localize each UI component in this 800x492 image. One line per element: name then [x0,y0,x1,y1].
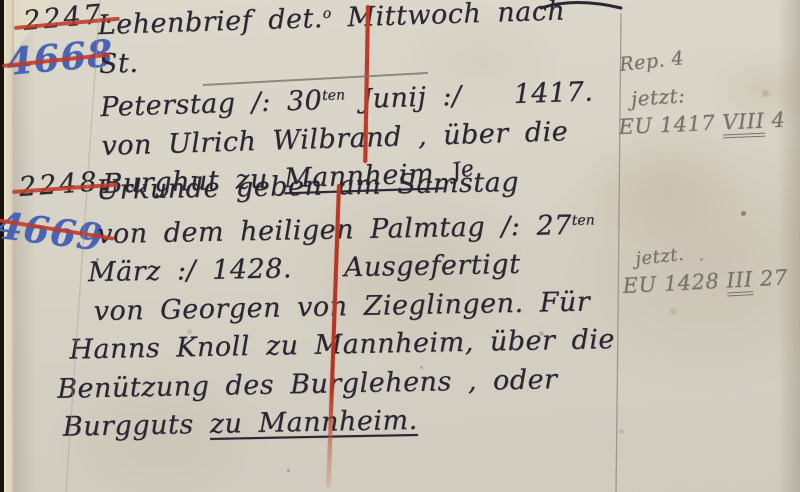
handwritten-text-segment: EU 1428 [622,269,727,298]
handwritten-text-segment: Lehenbrief det. [97,3,323,41]
handwritten-text-segment: EU 1417 [618,110,723,139]
handwritten-text-segment: ten [572,212,595,228]
entry2-handwritten-text: Urkunde geben am Samstagvon dem heiligen… [96,162,621,447]
handwritten-text-segment: Hanns Knoll zu Mannheim, über die [69,324,615,365]
register-page-scan: 2247. 4668 Lehenbrief det.o Mittwoch nac… [0,0,800,492]
handwritten-text-segment: ten [322,87,345,104]
handwritten-text-segment: Ausgefertigt [344,249,521,283]
ink-flourish: Je [450,156,476,184]
handwritten-text-segment: jetzt. [634,244,685,270]
handwritten-text-segment: Burgguts [63,409,210,443]
handwritten-text-segment: 1417. [513,77,594,110]
entry2-new-number-blue: 4669 [0,203,106,260]
handwritten-text-segment: Benützung des Burglehens , oder [57,364,558,405]
handwritten-text-segment: III [726,267,754,296]
handwritten-text-segment: März :/ 1428. [88,253,293,288]
handwritten-text-segment: jetzt: [630,83,686,111]
handwritten-text-segment: Junij :/ [345,81,462,116]
margin-note-signature-1417: Rep. 4jetzt:EU 1417 VIII 4 [618,52,798,141]
handwritten-text-segment: 4 [764,108,786,133]
handwritten-text-segment: Rep. 4 [618,47,685,76]
paper-specks [0,0,3,3]
handwritten-text-segment: von Georgen von Zieglingen. Für [93,286,590,327]
handwritten-text-segment: 27 [752,265,788,291]
margin-note-signature-1428: jetzt.EU 1428 III 27 [622,246,800,300]
handwritten-text-segment: Peterstag /: 30 [100,85,323,123]
handwritten-line: Rep. 4 [618,33,800,79]
handwritten-text-segment: zu Mannheim. [209,405,417,440]
handwritten-text-segment: VIII [722,109,765,139]
